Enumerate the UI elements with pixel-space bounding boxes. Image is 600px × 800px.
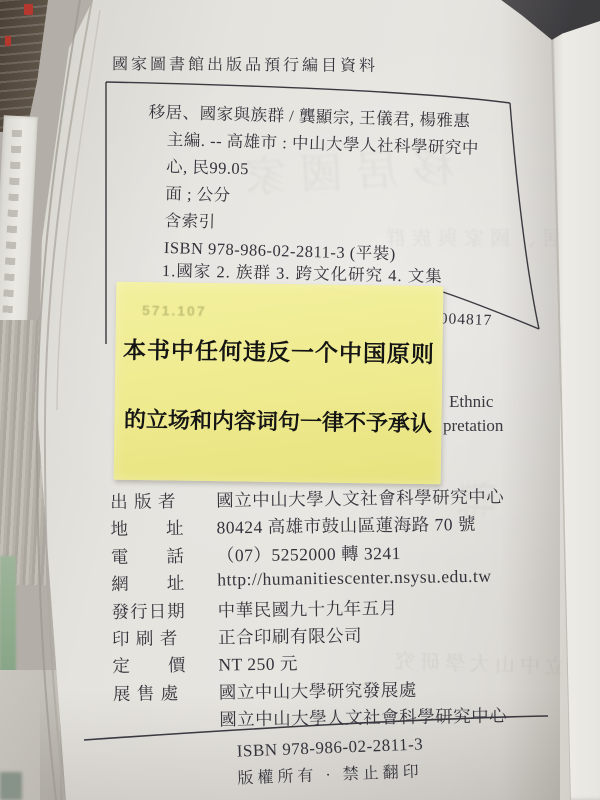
row-label: 地 址 xyxy=(110,515,198,541)
row-value: 國立中山大學研究發展處 xyxy=(219,676,417,704)
row-value: NT 250 元 xyxy=(218,651,298,677)
row-value: 中華民國九十九年五月 xyxy=(218,595,398,623)
row-label: 印 刷 者 xyxy=(112,625,200,651)
call-number-label xyxy=(0,115,38,338)
row-label: 發行日期 xyxy=(112,597,200,623)
row-label: 出 版 者 xyxy=(110,488,198,514)
publisher-info-table: 出 版 者國立中山大學人文社會科學研究中心地 址80424 高雄市鼓山區蓮海路 … xyxy=(110,483,573,736)
row-value: 國立中山大學人文社會科學研究中心 xyxy=(219,703,507,732)
row-label xyxy=(113,707,201,708)
cip-record-block: 移居、國家與族群 / 龔顯宗, 王儀君, 楊雅惠主編. -- 高雄市 : 中山大… xyxy=(163,99,527,271)
book-photo: 移居國家 移居、國家與族群 國立中山大學研究 群 國家圖書館出版品預行編目資料 … xyxy=(0,0,600,800)
page-edges xyxy=(0,320,46,585)
row-value: 正合印刷有限公司 xyxy=(218,622,362,649)
row-label: 網 址 xyxy=(111,570,199,596)
row-value: 80424 高雄市鼓山區蓮海路 70 號 xyxy=(216,511,476,540)
sticky-note-text: 的立场和内容词句一律不予承认 xyxy=(114,403,441,439)
spine-red-mark xyxy=(24,4,33,15)
row-label: 展 售 處 xyxy=(113,679,201,705)
shadow-corner xyxy=(0,772,22,800)
spine-red-mark xyxy=(5,36,11,46)
sticky-note: 571.107 本书中任何违反一个中国原则 的立场和内容词句一律不予承认 xyxy=(114,282,444,485)
row-label: 定 價 xyxy=(112,652,200,678)
row-value: 國立中山大學人文社會科學研究中心 xyxy=(216,483,504,512)
call-number-showthrough: 571.107 xyxy=(142,302,207,319)
english-title-fragment: Ethnic xyxy=(449,392,493,412)
english-title-fragment: pretation xyxy=(443,416,503,436)
green-book-edge xyxy=(0,556,16,684)
sticky-note-text: 本书中任何违反一个中国原则 xyxy=(115,332,442,370)
book-spine xyxy=(0,0,48,132)
row-value: http://humanitiescenter.nsysu.edu.tw xyxy=(217,566,491,591)
row-label: 電 話 xyxy=(111,543,199,569)
cip-header: 國家圖書館出版品預行編目資料 xyxy=(112,51,378,76)
row-value: （07）5252000 轉 3241 xyxy=(217,540,401,568)
